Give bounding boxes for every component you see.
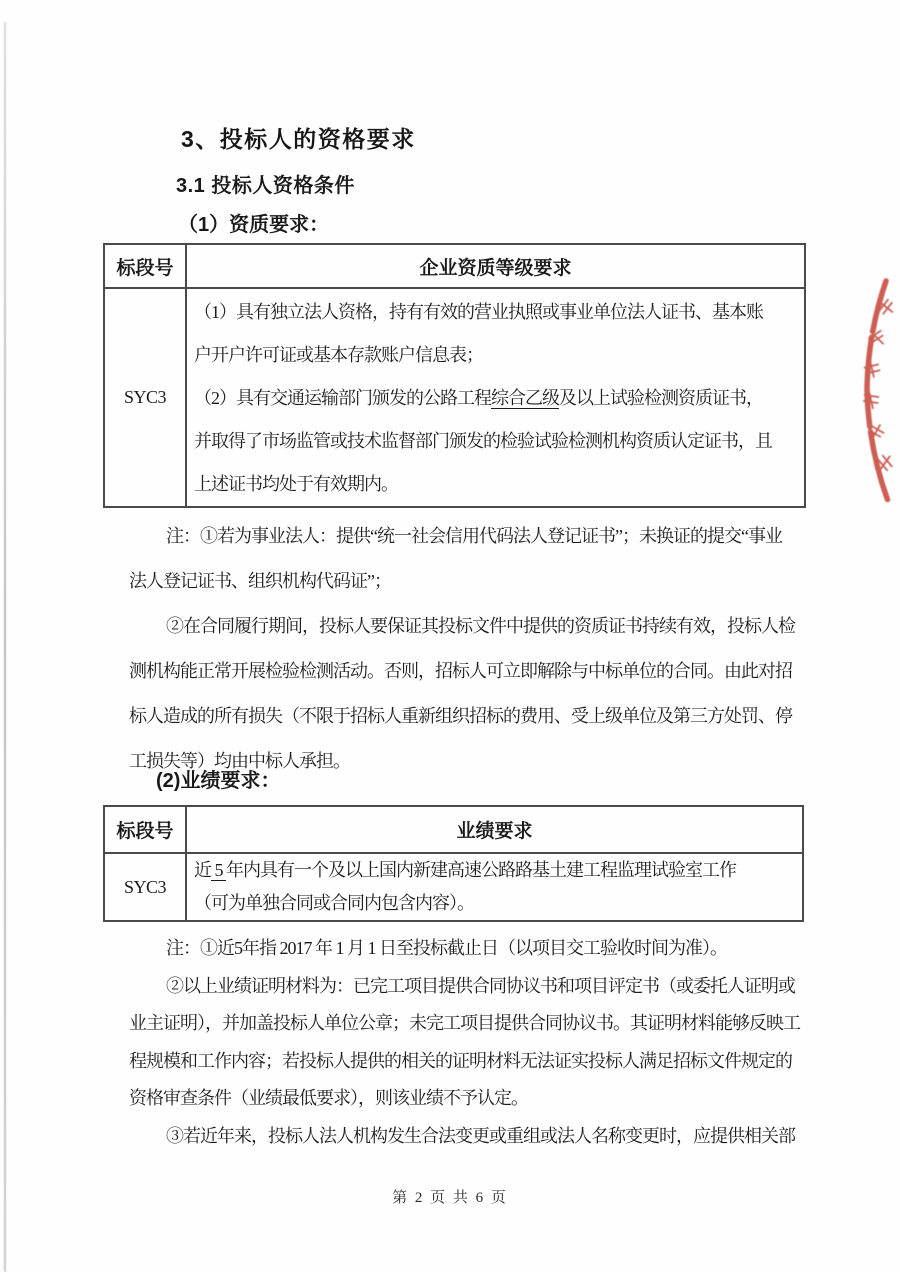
text-line: （可为单独合同或合同内包含内容）。 [194,887,800,920]
table-header-row: 标段号 企业资质等级要求 [104,244,805,288]
lot-number-cell: SYC3 [104,288,186,507]
section-heading: 3、投标人的资格要求 [181,121,416,154]
text-line: （1）具有独立法人资格，持有有效的营业执照或事业单位法人证书、基本账 [194,291,802,334]
text-line: 户开户许可证或基本存款账户信息表； [194,334,802,377]
scanned-document-page: 3、投标人的资格要求 3.1 投标人资格条件 （1）资质要求： 标段号 企业资质… [0,0,900,1272]
table-header-row: 标段号 业绩要求 [104,806,803,853]
text-line: 标人造成的所有损失（不限于招标人重新组织招标的费用、受上级单位及第三方处罚、停 [129,694,819,739]
text-line: （2）具有交通运输部门颁发的公路工程综合乙级及以上试验检测资质证书， [194,377,802,420]
text-line: 测机构能正常开展检验检测活动。否则，招标人可立即解除与中标单位的合同。由此对招 [129,649,819,694]
table-row: SYC3 （1）具有独立法人资格，持有有效的营业执照或事业单位法人证书、基本账户… [104,288,805,507]
qualification-notes: 注：①若为事业法人：提供“统一社会信用代码法人登记证书”；未换证的提交“事业法人… [129,514,819,784]
scan-edge-artifact [4,22,6,1272]
text-line: 业主证明），并加盖投标人单位公章；未完工项目提供合同协议书。其证明材料能够反映工 [129,1005,819,1043]
page-number-footer: 第 2 页 共 6 页 [0,1186,900,1207]
qualification-requirement-cell: （1）具有独立法人资格，持有有效的营业执照或事业单位法人证书、基本账户开户许可证… [186,288,805,507]
official-seal [830,245,900,515]
lot-number-cell: SYC3 [104,853,186,921]
text-line: ②在合同履行期间，投标人要保证其投标文件中提供的资质证书持续有效，投标人检 [129,604,819,649]
qualification-requirements-label: （1）资质要求： [178,208,329,237]
text-line: ②以上业绩证明材料为：已完工项目提供合同协议书和项目评定书（或委托人证明或 [129,968,819,1006]
text-line: 上述证书均处于有效期内。 [194,463,802,506]
performance-requirements-label: (2)业绩要求： [156,764,280,793]
performance-notes: 注：①近5年指 2017 年 1 月 1 日至投标截止日（以项目交工验收时间为准… [129,930,819,1155]
performance-table: 标段号 业绩要求 SYC3 近 5 年内具有一个及以上国内新建高速公路路基土建工… [103,805,804,922]
subsection-heading: 3.1 投标人资格条件 [176,169,355,198]
performance-requirement-header: 业绩要求 [186,806,803,853]
text-line: 注：①若为事业法人：提供“统一社会信用代码法人登记证书”；未换证的提交“事业 [129,514,819,559]
lot-number-header: 标段号 [104,244,186,288]
seal-arc-icon [830,245,900,515]
text-line: 并取得了市场监管或技术监督部门颁发的检验试验检测机构资质认定证书，且 [194,420,802,463]
qualification-requirement-header: 企业资质等级要求 [186,244,805,288]
table-row: SYC3 近 5 年内具有一个及以上国内新建高速公路路基土建工程监理试验室工作（… [104,853,803,921]
qualification-table: 标段号 企业资质等级要求 SYC3 （1）具有独立法人资格，持有有效的营业执照或… [103,243,806,508]
text-line: 程规模和工作内容；若投标人提供的相关的证明材料无法证实投标人满足招标文件规定的 [129,1043,819,1081]
text-line: 资格审查条件（业绩最低要求），则该业绩不予认定。 [129,1080,819,1118]
lot-number-header: 标段号 [104,806,186,853]
text-line: 注：①近5年指 2017 年 1 月 1 日至投标截止日（以项目交工验收时间为准… [129,930,819,968]
text-line: 法人登记证书、组织机构代码证”； [129,559,819,604]
text-line: ③若近年来，投标人法人机构发生合法变更或重组或法人名称变更时，应提供相关部 [129,1118,819,1156]
text-line: 近 5 年内具有一个及以上国内新建高速公路路基土建工程监理试验室工作 [194,854,800,887]
performance-requirement-cell: 近 5 年内具有一个及以上国内新建高速公路路基土建工程监理试验室工作（可为单独合… [186,853,803,921]
